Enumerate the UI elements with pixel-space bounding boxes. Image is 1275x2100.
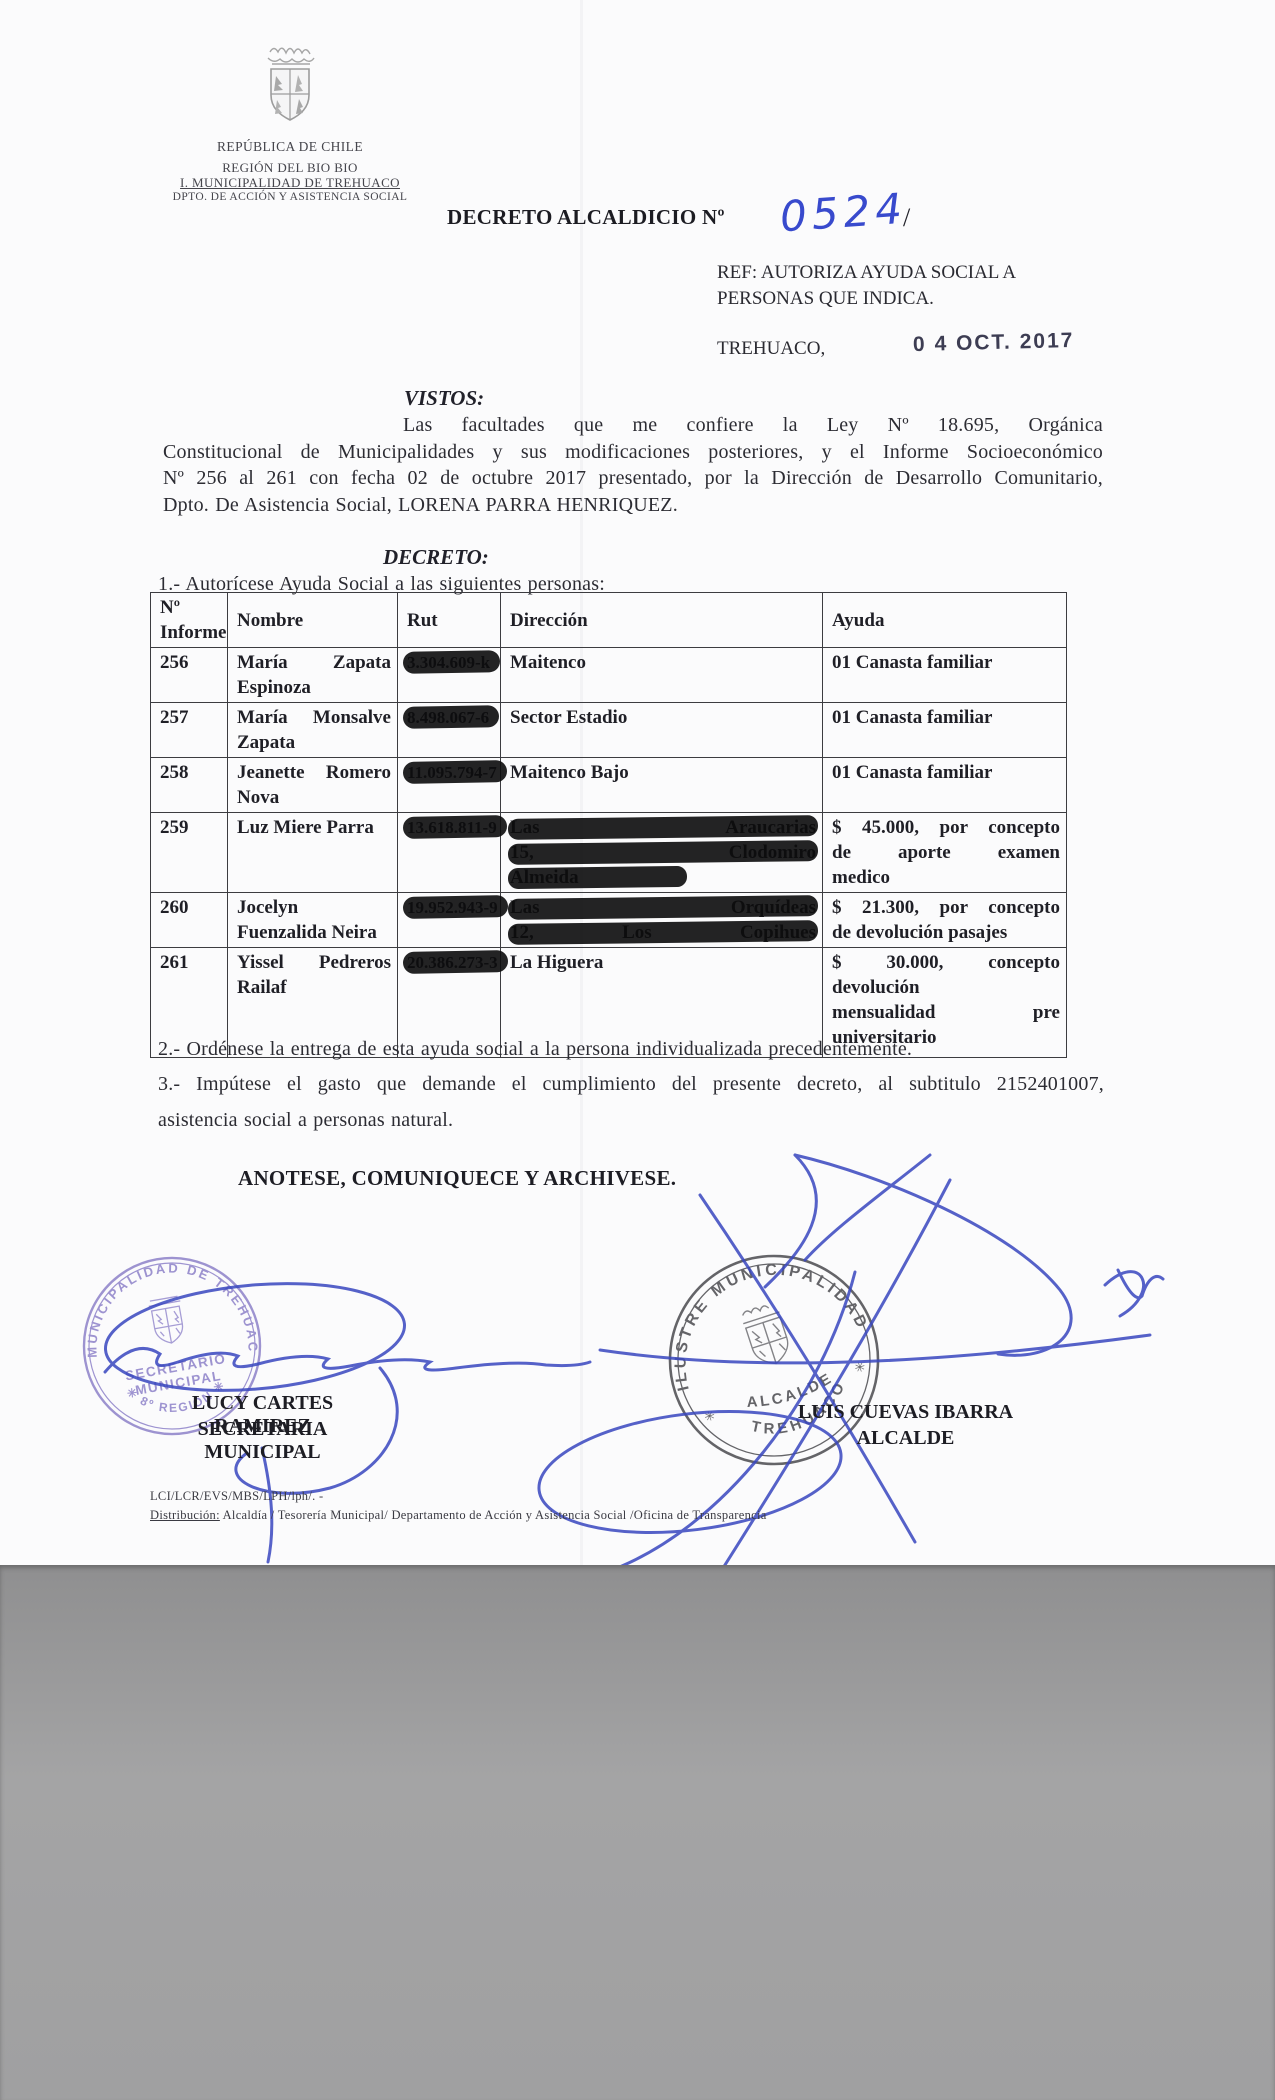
stamp-star-right: ✳ xyxy=(852,1358,867,1376)
cell-ayuda: $ 21.300, por concepto de devolución pas… xyxy=(823,893,1067,948)
cell-direccion: Maitenco Bajo xyxy=(501,758,823,813)
cell-rut-redacted: 8.498.067-6 xyxy=(398,703,501,758)
alcalde-name: LUIS CUEVAS IBARRA xyxy=(778,1401,1033,1424)
coat-of-arms-icon xyxy=(262,42,318,136)
cell-direccion-redacted: Las Araucarias 15, Clodomiro Almeida xyxy=(501,813,823,893)
ayuda-line: 01 Canasta familiar xyxy=(832,760,1060,785)
ayuda-line: mensualidad pre xyxy=(832,1000,1060,1025)
ayuda-line: 01 Canasta familiar xyxy=(832,650,1060,675)
scanner-background xyxy=(0,1565,1275,2100)
stamp-star-left: ✳ xyxy=(702,1407,717,1425)
cell-rut-redacted: 19.952.943-9 xyxy=(398,893,501,948)
rut-redaction-marker: 11.095.794-7 xyxy=(407,760,497,785)
scanned-document-page: REPÚBLICA DE CHILE REGIÓN DEL BIO BIO I.… xyxy=(0,0,1275,1565)
cell-ayuda: $ 45.000, por concepto de aporte examen … xyxy=(823,813,1067,893)
letterhead-municipality: I. MUNICIPALIDAD DE TREHUACO xyxy=(95,175,485,191)
ayuda-line: de devolución pasajes xyxy=(832,920,1060,945)
decree-number-slash: / xyxy=(903,203,910,233)
col-header-nombre: Nombre xyxy=(228,593,398,648)
footer-distribution: Distribución: Alcaldía / Tesorería Munic… xyxy=(150,1508,767,1523)
col-header-informe: Nº Informe xyxy=(151,593,228,648)
secretaria-role: SECRETARIA MUNICIPAL xyxy=(150,1418,375,1464)
cell-nombre: María Monsalve Zapata xyxy=(228,703,398,758)
cell-informe: 257 xyxy=(151,703,228,758)
direccion-redaction-marker: Almeida xyxy=(510,865,816,890)
vistos-line: Nº 256 al 261 con fecha 02 de octubre 20… xyxy=(163,465,1103,492)
place-line: TREHUACO, xyxy=(717,338,825,360)
cell-rut-redacted: 3.304.609-k xyxy=(398,648,501,703)
closing-formula: ANOTESE, COMUNIQUECE Y ARCHIVESE. xyxy=(238,1166,676,1191)
vistos-line: Dpto. De Asistencia Social, LORENA PARRA… xyxy=(163,492,1103,519)
secretaria-signature xyxy=(262,1448,272,1562)
direccion-redaction-marker: 15, Clodomiro xyxy=(510,840,816,865)
alcalde-stamp: ILUSTRE MUNICIPALIDAD TREHUACO ALCALDE ✳… xyxy=(630,1216,917,1503)
letterhead-country: REPÚBLICA DE CHILE xyxy=(95,139,485,155)
rut-redaction-marker: 8.498.067-6 xyxy=(407,705,489,730)
cell-direccion: Sector Estadio xyxy=(501,703,823,758)
table-row: 257 María Monsalve Zapata 8.498.067-6 Se… xyxy=(151,703,1067,758)
direccion-line: La Higuera xyxy=(510,950,816,975)
ayuda-line: de aporte examen xyxy=(832,840,1060,865)
cell-informe: 256 xyxy=(151,648,228,703)
cell-informe: 258 xyxy=(151,758,228,813)
vistos-heading: VISTOS: xyxy=(404,386,484,411)
table-row: 260 Jocelyn Fuenzalida Neira 19.952.943-… xyxy=(151,893,1067,948)
distribution-label: Distribución: xyxy=(150,1508,220,1522)
cell-nombre: Jeanette Romero Nova xyxy=(228,758,398,813)
cell-ayuda: 01 Canasta familiar xyxy=(823,703,1067,758)
rut-redaction-marker: 3.304.609-k xyxy=(407,650,490,675)
handwritten-decree-number: 0524 xyxy=(778,184,908,242)
direccion-redaction-marker: Las Orquídeas xyxy=(510,895,816,920)
cell-ayuda: 01 Canasta familiar xyxy=(823,758,1067,813)
cell-rut-redacted: 11.095.794-7 xyxy=(398,758,501,813)
direccion-redaction-marker: Las Araucarias xyxy=(510,815,816,840)
distribution-text: Alcaldía / Tesorería Municipal/ Departam… xyxy=(220,1508,767,1522)
alcalde-signature xyxy=(1105,1272,1144,1316)
direccion-redaction-marker: 12, Los Copihues xyxy=(510,920,816,945)
table-row: 258 Jeanette Romero Nova 11.095.794-7 Ma… xyxy=(151,758,1067,813)
ayuda-line: $ 21.300, por concepto xyxy=(832,895,1060,920)
cell-nombre: Luz Miere Parra xyxy=(228,813,398,893)
cell-direccion-redacted: Las Orquídeas 12, Los Copihues xyxy=(501,893,823,948)
direccion-line: Sector Estadio xyxy=(510,705,816,730)
alcalde-role: ALCALDE xyxy=(778,1427,1033,1450)
decreto-item-3-cont: asistencia social a personas natural. xyxy=(158,1107,453,1134)
cell-nombre: María Zapata Espinoza xyxy=(228,648,398,703)
ayuda-line: medico xyxy=(832,865,1060,890)
footer-initials: LCI/LCR/EVS/MBS/LPH/lph/. - xyxy=(150,1489,323,1504)
rut-redaction-marker: 20.386.273-3 xyxy=(407,950,498,975)
col-header-direccion: Dirección xyxy=(501,593,823,648)
rut-redaction-marker: 19.952.943-9 xyxy=(407,895,498,920)
vistos-line: Constitucional de Municipalidades y sus … xyxy=(163,439,1103,466)
cell-ayuda: 01 Canasta familiar xyxy=(823,648,1067,703)
col-header-rut: Rut xyxy=(398,593,501,648)
cell-nombre: Jocelyn Fuenzalida Neira xyxy=(228,893,398,948)
decreto-heading: DECRETO: xyxy=(383,545,489,570)
reference-line-2: PERSONAS QUE INDICA. xyxy=(717,288,934,310)
letterhead-department: DPTO. DE ACCIÓN Y ASISTENCIA SOCIAL xyxy=(95,191,485,203)
cell-informe: 260 xyxy=(151,893,228,948)
decree-title: DECRETO ALCALDICIO Nº xyxy=(447,205,725,230)
table-header-row: Nº Informe Nombre Rut Dirección Ayuda xyxy=(151,593,1067,648)
letterhead-region: REGIÓN DEL BIO BIO xyxy=(95,160,485,176)
direccion-line: Maitenco Bajo xyxy=(510,760,816,785)
cell-informe: 259 xyxy=(151,813,228,893)
cell-rut-redacted: 13.618.811-9 xyxy=(398,813,501,893)
cell-direccion: Maitenco xyxy=(501,648,823,703)
alcalde-signature xyxy=(1118,1270,1163,1298)
decreto-item-2: 2.- Ordénese la entrega de esta ayuda so… xyxy=(158,1036,912,1063)
ayuda-social-table: Nº Informe Nombre Rut Dirección Ayuda 25… xyxy=(150,592,1067,1058)
date-stamp: 0 4 OCT. 2017 xyxy=(913,329,1075,357)
table-row: 256 María Zapata Espinoza 3.304.609-k Ma… xyxy=(151,648,1067,703)
direccion-line: Maitenco xyxy=(510,650,816,675)
vistos-line: Las facultades que me confiere la Ley Nº… xyxy=(163,412,1103,439)
table-row: 259 Luz Miere Parra 13.618.811-9 Las Ara… xyxy=(151,813,1067,893)
ayuda-line: 01 Canasta familiar xyxy=(832,705,1060,730)
reference-line-1: REF: AUTORIZA AYUDA SOCIAL A xyxy=(717,262,1016,284)
decreto-item-3: 3.- Impútese el gasto que demande el cum… xyxy=(158,1071,1104,1098)
rut-redaction-marker: 13.618.811-9 xyxy=(407,815,497,840)
ayuda-line: $ 30.000, concepto xyxy=(832,950,1060,975)
ayuda-line: $ 45.000, por concepto xyxy=(832,815,1060,840)
col-header-ayuda: Ayuda xyxy=(823,593,1067,648)
ayuda-line: devolución xyxy=(832,975,1060,1000)
